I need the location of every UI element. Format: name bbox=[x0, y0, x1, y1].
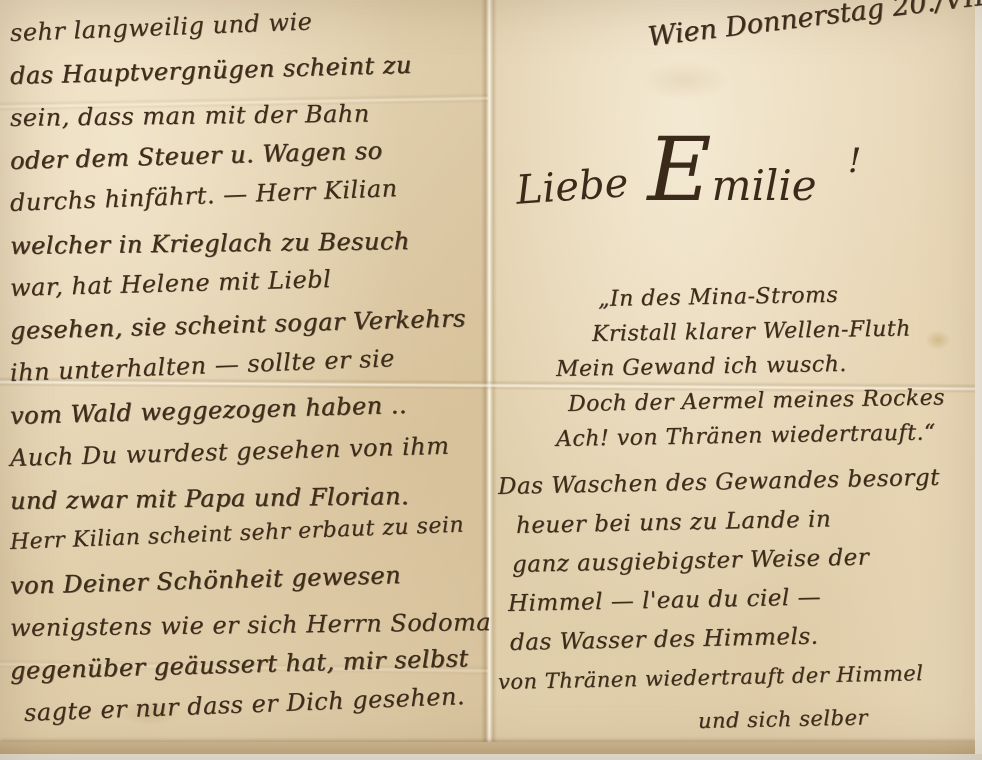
poem-line: Ach! von Thränen wiedertrauft.“ bbox=[556, 415, 946, 457]
salutation: Liebe Emilie ! bbox=[516, 150, 861, 210]
left-page-handwriting: sehr langweilig und wiedas Hauptvergnüge… bbox=[10, 12, 488, 735]
salutation-word: Liebe bbox=[515, 160, 630, 214]
salutation-exclamation: ! bbox=[848, 141, 862, 181]
scan-edge bbox=[975, 0, 982, 760]
handwriting-line: und sich selber bbox=[698, 697, 941, 741]
salutation-name: Emilie bbox=[647, 150, 816, 210]
scan-edge bbox=[0, 754, 982, 760]
under-page-edge bbox=[0, 742, 976, 754]
handwriting-line: von Thränen wiedertrauft der Himmel bbox=[498, 654, 941, 702]
quoted-poem: „In des Mina-StromsKristall klarer Welle… bbox=[556, 282, 945, 457]
right-page-handwriting: Das Waschen des Gewandes besorgtheuer be… bbox=[498, 468, 940, 741]
letter-scan: sehr langweilig und wiedas Hauptvergnüge… bbox=[0, 0, 982, 760]
